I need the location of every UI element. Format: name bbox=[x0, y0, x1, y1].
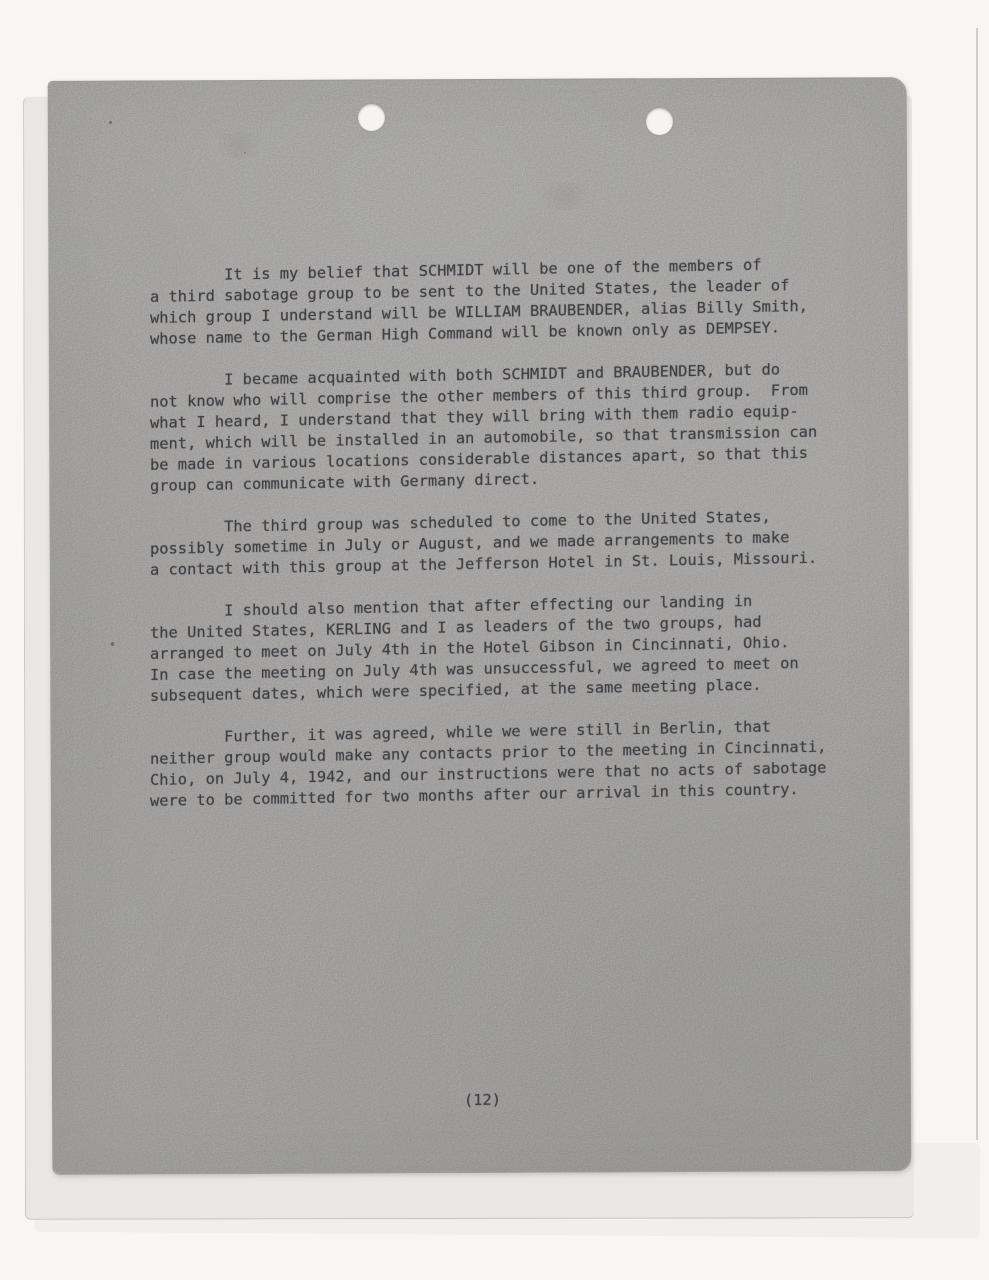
page-number: (12) bbox=[150, 1084, 815, 1117]
scan-edge-line bbox=[976, 28, 978, 1140]
paragraph: The third group was scheduled to come to… bbox=[150, 505, 850, 581]
scan-background: { "document": { "paragraphs": [ { "lines… bbox=[0, 0, 989, 1280]
typewritten-text: It is my belief that SCHMIDT will be one… bbox=[150, 253, 850, 1166]
ink-speck bbox=[109, 121, 112, 124]
paragraph: Further, it was agreed, while we were st… bbox=[150, 715, 850, 812]
pencil-smudge bbox=[210, 132, 270, 158]
punch-hole-right bbox=[646, 108, 673, 135]
pencil-smudge bbox=[530, 182, 600, 210]
paragraph: It is my belief that SCHMIDT will be one… bbox=[150, 253, 850, 350]
punch-hole-left bbox=[358, 104, 385, 131]
paragraph: I became acquainted with both SCHMIDT an… bbox=[150, 358, 850, 497]
ink-speck bbox=[111, 642, 114, 646]
paragraph: I should also mention that after effecti… bbox=[150, 589, 850, 707]
